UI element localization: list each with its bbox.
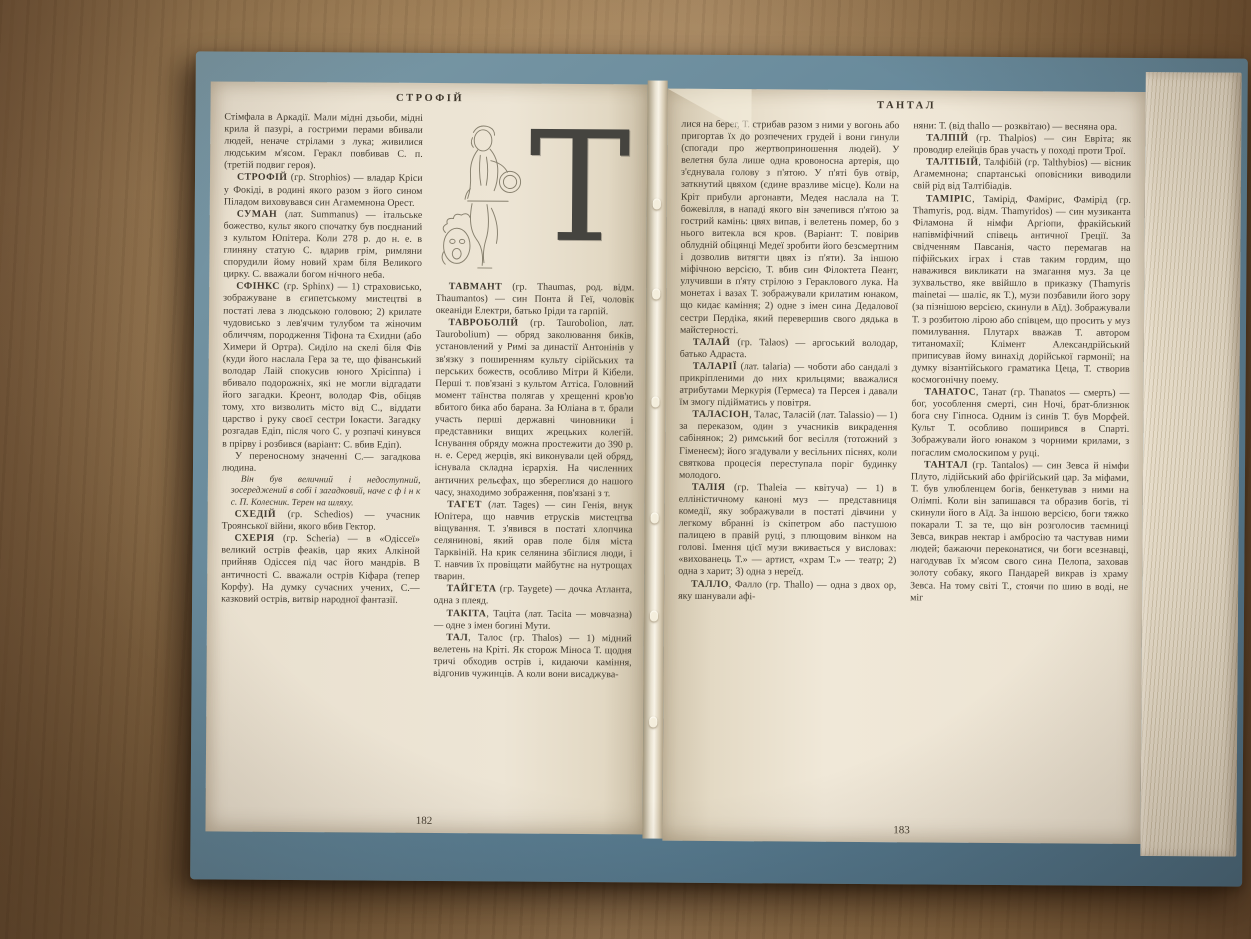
dictionary-entry: Він був величний і недоступний, зосередж… xyxy=(222,474,421,510)
page-number-left: 182 xyxy=(205,813,642,828)
left-page-column-2: Т ТАВМАНТ (гр. Thaumas, род. відм. Thaum… xyxy=(432,113,635,802)
entry-headword: СТРОФІЙ xyxy=(237,172,287,183)
entry-headword: ТАЙГЕТА xyxy=(447,583,497,594)
binding-stitch xyxy=(652,289,660,300)
entry-body: няни: Т. (від thallo — розквітаю) — весн… xyxy=(913,120,1117,132)
entry-body: , Танат (гр. Thanatos — смерть) — бог, у… xyxy=(911,387,1129,459)
left-page-column-2-entries: ТАВМАНТ (гр. Thaumas, род. відм. Thauman… xyxy=(433,281,634,681)
dictionary-entry: лися на берег, Т. стрибав разом з ними у… xyxy=(680,119,900,338)
dictionary-entry: СФІНКС (гр. Sphinx) — 1) страховисько, з… xyxy=(222,281,422,452)
entry-headword: СФІНКС xyxy=(236,281,280,292)
entry-body: (гр. Tantalos) — син Зевса й німфи Плуто… xyxy=(910,459,1129,603)
binding-stitch xyxy=(650,611,658,622)
entry-body: У переносному значенні С.— загадкова люд… xyxy=(222,450,421,473)
entry-headword: ТАЛТІБІЙ xyxy=(926,157,978,168)
photo-open-book-scene: { "colors": { "cover": "#6f93a3", "page"… xyxy=(0,0,1251,939)
entry-headword: ТАМІРІС xyxy=(926,193,972,204)
binding-stitch xyxy=(651,397,659,408)
dictionary-entry: ТАЛАЙ (гр. Talaos) — аргоський володар, … xyxy=(680,336,898,362)
binding-stitch xyxy=(653,199,661,210)
running-head-right: ТАНТАЛ xyxy=(682,99,1132,113)
open-book: СТРОФІЙ Стімфала в Аркадії. Мали мідні д… xyxy=(190,51,1248,886)
entry-body: лися на берег, Т. стрибав разом з ними у… xyxy=(680,119,900,336)
dictionary-entry: СУМАН (лат. Summanus) — італьське божест… xyxy=(223,208,422,282)
entry-body: Стімфала в Аркадії. Мали мідні дзьоби, м… xyxy=(224,112,423,172)
right-page: ТАНТАЛ лися на берег, Т. стрибав разом з… xyxy=(662,89,1145,844)
dictionary-entry: ТАГЕТ (лат. Tages) — син Генія, внук Юпі… xyxy=(434,499,633,585)
dictionary-entry: ТАЛАРІЇ (лат. talaria) — чоботи або санд… xyxy=(679,361,897,411)
entry-headword: ТАНТАЛ xyxy=(924,459,968,470)
dictionary-entry: ТАКІТА, Тацiта (лат. Tacita — мовчазна) … xyxy=(433,608,632,634)
binding-stitch xyxy=(651,513,659,524)
dictionary-entry: ТАЛТІБІЙ, Талфібій (гр. Talthybios) — ві… xyxy=(913,157,1131,195)
dictionary-entry: У переносному значенні С.— загадкова люд… xyxy=(222,450,421,476)
entry-headword: СХЕДІЙ xyxy=(235,509,276,520)
page-number-right: 183 xyxy=(662,823,1140,838)
entry-body: (гр. Thaleia — квітуча) — 1) в елліністи… xyxy=(678,482,897,578)
left-page-column-1: Стімфала в Аркадії. Мали мідні дзьоби, м… xyxy=(220,112,423,801)
page-stack-fore-edge xyxy=(1140,72,1241,857)
binding-stitch xyxy=(649,717,657,728)
left-page: СТРОФІЙ Стімфала в Аркадії. Мали мідні д… xyxy=(205,81,647,834)
entry-headword: ТАВРОБОЛІЙ xyxy=(448,317,518,328)
entry-headword: ТАГЕТ xyxy=(447,499,482,510)
entry-headword: СУМАН xyxy=(237,208,277,219)
muse-engraving-illustration xyxy=(436,119,525,276)
entry-headword: СХЕРІЯ xyxy=(234,533,274,544)
entry-headword: ТАВМАНТ xyxy=(449,281,502,292)
entry-headword: ТАЛІЯ xyxy=(692,482,726,493)
dictionary-entry: ТАЙГЕТА (гр. Taygete) — дочка Атланта, о… xyxy=(434,583,633,609)
entry-body: (гр. Sphinx) — 1) страховисько, зображув… xyxy=(222,281,422,450)
entry-headword: ТАЛЛО xyxy=(691,578,729,589)
dictionary-entry: ТАМІРІС, Тамірід, Фамірис, Фамірід (гр. … xyxy=(912,193,1131,388)
entry-body: Він був величний і недоступний, зосередж… xyxy=(231,474,421,508)
entry-headword: ТАЛАСІОН xyxy=(692,409,749,420)
entry-headword: ТАЛПІЙ xyxy=(926,133,968,144)
dictionary-entry: ТАВРОБОЛІЙ (гр. Taurobolion, лат. Taurob… xyxy=(434,317,634,500)
dictionary-entry: ТАЛЛО, Фалло (гр. Thallo) — одна з двох … xyxy=(678,578,896,604)
running-head-left: СТРОФІЙ xyxy=(225,92,636,106)
dictionary-entry: СХЕРІЯ (гр. Scheria) — в «Одіссеї» велик… xyxy=(221,533,420,607)
drop-cap-letter-T: Т xyxy=(524,114,636,263)
wooden-table-background: СТРОФІЙ Стімфала в Аркадії. Мали мідні д… xyxy=(0,0,1251,939)
chapter-initial-block: Т xyxy=(436,113,636,276)
entry-headword: ТАКІТА xyxy=(446,608,486,619)
entry-body: (гр. Taurobolion, лат. Taurobolium) — об… xyxy=(434,318,634,499)
dictionary-entry: ТАЛАСІОН, Талас, Таласій (лат. Talassio)… xyxy=(679,409,898,483)
entry-headword: ТАЛАРІЇ xyxy=(693,361,737,372)
dictionary-entry: ТАЛ, Талос (гр. Thalos) — 1) мідний веле… xyxy=(433,632,632,682)
entry-headword: ТАЛАЙ xyxy=(693,337,730,348)
dictionary-entry: ТАЛПІЙ (гр. Thalpios) — син Евріта; як п… xyxy=(913,132,1131,158)
dictionary-entry: ТАНТАЛ (гр. Tantalos) — син Зевса й німф… xyxy=(910,459,1129,606)
entry-body: (лат. Tages) — син Генія, внук Юпітера, … xyxy=(434,499,633,582)
right-page-column-1: лися на берег, Т. стрибав разом з ними у… xyxy=(677,119,900,811)
right-page-column-2: няни: Т. (від thallo — розквітаю) — весн… xyxy=(909,120,1132,812)
entry-body: , Тамірід, Фамірис, Фамірід (гр. Thamyri… xyxy=(912,193,1131,386)
dictionary-entry: СТРОФІЙ (гр. Strophios) — владар Кріси у… xyxy=(224,172,423,210)
entry-headword: ТАНАТОС xyxy=(925,386,976,397)
left-page-columns: Стімфала в Аркадії. Мали мідні дзьоби, м… xyxy=(220,112,636,803)
dictionary-entry: ТАЛІЯ (гр. Thaleia — квітуча) — 1) в елл… xyxy=(678,482,897,580)
dictionary-entry: СХЕДІЙ (гр. Schedios) — учасник Троянськ… xyxy=(222,509,421,535)
right-page-columns: лися на берег, Т. стрибав разом з ними у… xyxy=(677,119,1132,812)
dictionary-entry: ТАВМАНТ (гр. Thaumas, род. відм. Thauman… xyxy=(436,281,635,319)
entry-headword: ТАЛ xyxy=(446,632,468,643)
dictionary-entry: ТАНАТОС, Танат (гр. Thanatos — смерть) —… xyxy=(911,386,1130,460)
dictionary-entry: Стімфала в Аркадії. Мали мідні дзьоби, м… xyxy=(224,112,423,174)
